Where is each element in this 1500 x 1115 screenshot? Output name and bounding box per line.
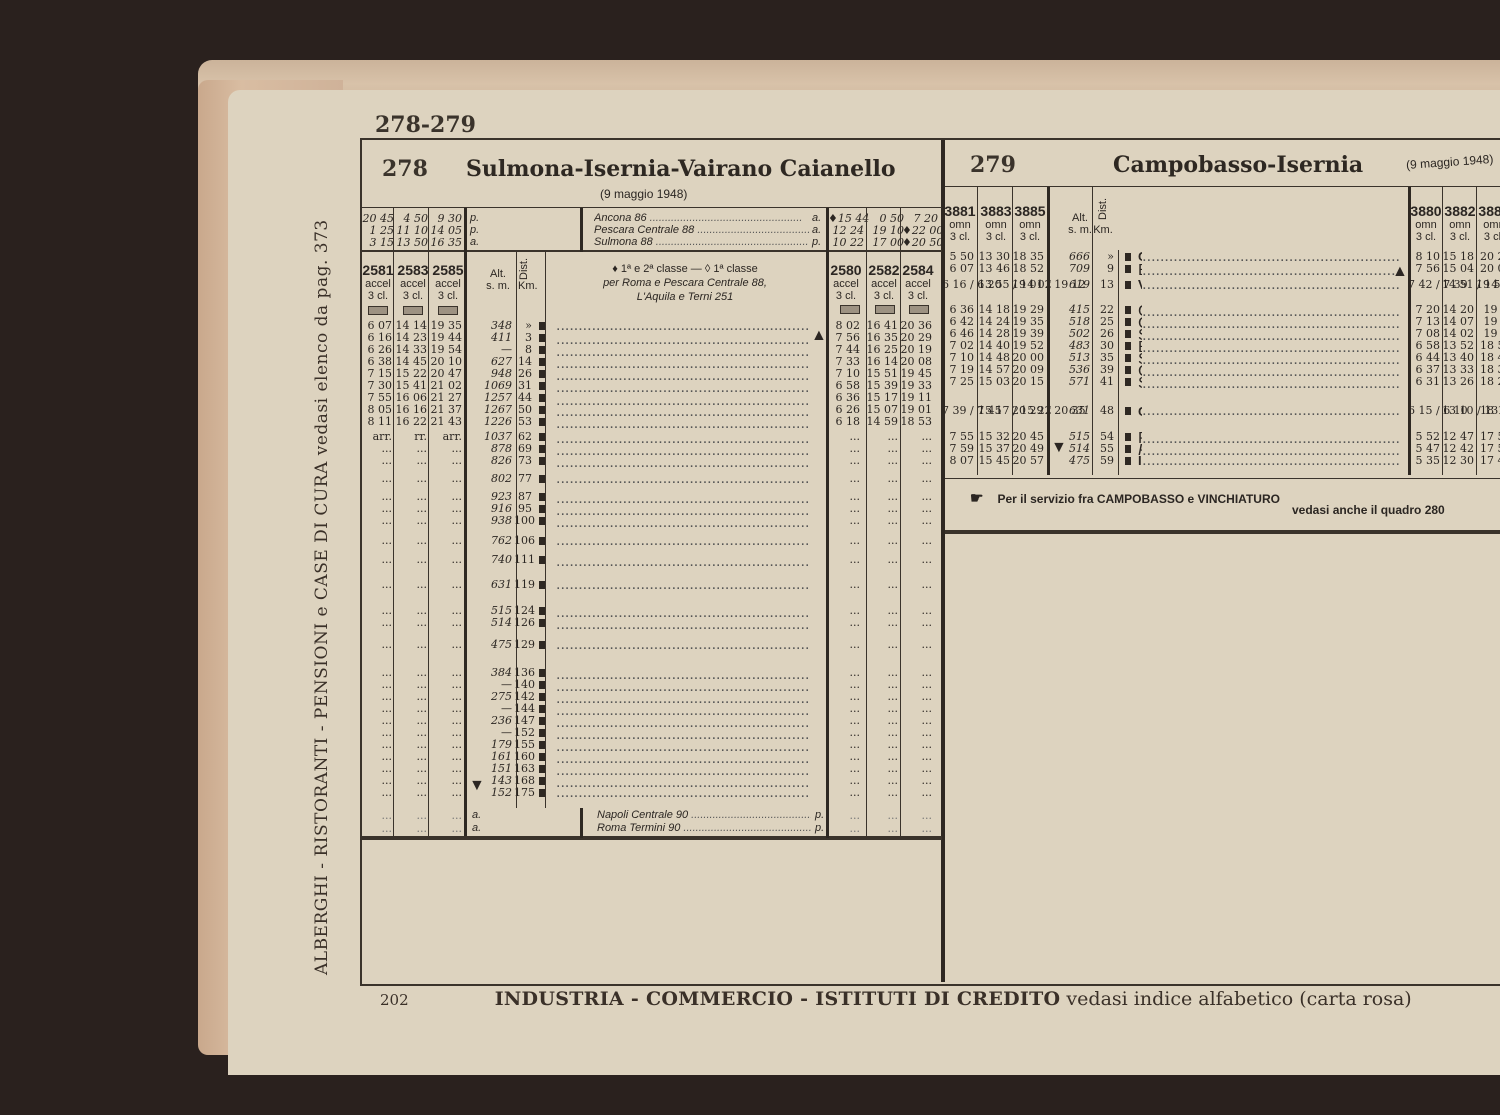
train-header-down: 3881omn3 cl.	[942, 203, 978, 243]
arrival-time: ...	[828, 454, 860, 467]
station-altitude: 740	[476, 553, 512, 566]
rule	[900, 208, 901, 838]
col-dist-sub: Km.	[1093, 224, 1113, 236]
leader-dots: ........................................…	[694, 224, 810, 236]
departure-time: 15 03	[978, 375, 1010, 388]
arr-dep-mark: a.	[472, 822, 481, 834]
leader-dots: ........................................…	[556, 514, 810, 532]
arrival-time: ...	[900, 786, 932, 799]
leader-dots: ........................................…	[556, 470, 810, 488]
departure-time: 6 16 / 6 20	[942, 278, 974, 291]
departure-time: ...	[360, 472, 392, 485]
no-service: ...	[430, 809, 462, 822]
station-altitude: 709	[1058, 262, 1090, 275]
arrival-time: ...	[900, 454, 932, 467]
arrival-time: ...	[866, 472, 898, 485]
departure-time: ...	[360, 578, 392, 591]
leader-dots: ........................................…	[1142, 452, 1400, 470]
table278-date: (9 maggio 1948)	[600, 187, 687, 201]
train-number: 3880	[1408, 203, 1444, 219]
arrival-time: 7 42 / 7 39	[1408, 278, 1440, 291]
no-service: ...	[828, 822, 860, 835]
train-number: 3883	[978, 203, 1014, 219]
departure-time: ...	[430, 514, 462, 527]
pointing-hand-icon: ☛	[970, 490, 983, 507]
connection-name: Sulmona 88	[594, 236, 653, 248]
leader-dots: ........................................…	[556, 532, 810, 550]
table279-title: Campobasso-Isernia	[1113, 152, 1363, 178]
leader-dots: ........................................…	[556, 616, 810, 634]
arrival-time: ...	[828, 514, 860, 527]
footer-advert-caps: INDUSTRIA - COMMERCIO - ISTITUTI DI CRED…	[495, 988, 1061, 1010]
rule	[545, 252, 546, 808]
train-class: 3 cl.	[978, 231, 1014, 243]
rule	[393, 208, 394, 838]
arrival-time: 12 30	[1442, 454, 1474, 467]
station-altitude: 802	[476, 472, 512, 485]
leader-dots: ........................................…	[1142, 276, 1400, 294]
train-facilities-icon	[875, 305, 895, 314]
station-marker-icon	[1125, 457, 1131, 465]
col-dist-header-279: Dist. Km.	[1093, 196, 1113, 236]
rule	[580, 208, 583, 252]
station-distance: 59	[1092, 454, 1114, 467]
station-distance: 41	[1092, 375, 1114, 388]
station-marker-icon	[1125, 342, 1131, 350]
train-header-down: 2581accel3 cl.	[360, 262, 396, 302]
train-number: 2585	[430, 262, 466, 278]
station-name-cell: S. Angelo in Grotte (Km. 9) ............…	[1138, 375, 1400, 393]
train-header-up: 3884omn3 cl.	[1476, 203, 1500, 243]
train-facilities-icon	[909, 305, 929, 314]
station-marker-icon	[1125, 407, 1131, 415]
departure-time: ...	[395, 553, 427, 566]
col-dist-label: Dist.	[518, 262, 536, 280]
page-range-header: 278-279	[375, 112, 476, 138]
rule	[362, 207, 942, 208]
arrival-time: ...	[828, 553, 860, 566]
arrival-time: 20 0.	[1476, 262, 1500, 275]
departure-time: 20 29 / 20 35	[1012, 404, 1044, 417]
station-name-cell: CASTEL DI SANGRO (Km. 1) ...............…	[556, 470, 810, 488]
station-marker-icon	[1125, 265, 1131, 273]
station-name-cell: ISERNIA ✕ (K. 1) p. Vairano-Caian. 278 .…	[1138, 452, 1400, 470]
train-number: 3885	[1012, 203, 1048, 219]
departure-time: 18 52	[1012, 262, 1044, 275]
station-altitude: 619	[1058, 278, 1090, 291]
rule	[1092, 187, 1093, 475]
departure-time: ...	[430, 472, 462, 485]
arrival-time: ...	[828, 578, 860, 591]
arrival-time: ...	[866, 514, 898, 527]
departure-time: 13 46	[978, 262, 1010, 275]
train-header-up: 2580accel3 cl.	[828, 262, 864, 302]
no-service: ...	[360, 809, 392, 822]
rule	[428, 208, 429, 838]
arrival-time: 15 04	[1442, 262, 1474, 275]
arrival-time: ...	[828, 638, 860, 651]
train-class: 3 cl.	[430, 290, 466, 302]
leader-dots: ........................................…	[1142, 402, 1400, 420]
arr-dep-mark: a.	[812, 212, 821, 224]
train-class: 3 cl.	[1408, 231, 1444, 243]
departure-time: ...	[430, 578, 462, 591]
train-type: accel	[395, 278, 431, 290]
arrival-time: ...	[900, 578, 932, 591]
table278-bottom-rule	[362, 836, 942, 840]
station-altitude: 571	[1058, 375, 1090, 388]
no-service: ...	[360, 822, 392, 835]
page-footer: 202 INDUSTRIA - COMMERCIO - ISTITUTI DI …	[380, 988, 1412, 1010]
connection-station: Ancona 86 ..............................…	[594, 212, 810, 224]
table279-bottom-rule	[945, 530, 1500, 534]
rule	[1442, 187, 1443, 475]
table278-number: 278	[382, 156, 428, 182]
arrival-time: ...	[828, 616, 860, 629]
no-service: ...	[866, 809, 898, 822]
arrival-time: ...	[828, 472, 860, 485]
station-distance: 13	[1092, 278, 1114, 291]
arr-dep-mark: a.	[472, 809, 481, 821]
rule	[1408, 187, 1411, 475]
departure-time: 8 07	[942, 454, 974, 467]
connection-time: 16 35	[430, 236, 462, 249]
arr-dep-mark: a.	[812, 224, 821, 236]
train-type: omn	[1476, 219, 1500, 231]
connection-time: 3 15	[362, 236, 394, 249]
arr-dep-mark: p.	[812, 236, 821, 248]
departure-time: 7 39 / 7 45	[942, 404, 974, 417]
connection-time: 13 50	[396, 236, 428, 249]
station-marker-icon	[1125, 354, 1131, 362]
departure-time: ...	[395, 616, 427, 629]
connection-name: Ancona 86	[594, 212, 647, 224]
arrival-time: 18 53	[900, 415, 932, 428]
departure-time: ...	[360, 454, 392, 467]
station-name-cell: ISÈRNIA ✕ (Km. 1) per Campobasso 279 ...…	[556, 636, 810, 654]
arrival-time: ...	[900, 514, 932, 527]
legend-class: ♦ 1ª e 2ª classe — ◊ 1ª classe	[560, 262, 810, 276]
no-service: ...	[900, 822, 932, 835]
station-marker-icon	[1125, 433, 1131, 441]
arrival-time: 6 18	[828, 415, 860, 428]
arrival-time: ...	[866, 454, 898, 467]
station-marker-icon	[1125, 366, 1131, 374]
departure-time: 15 17 / 15 22	[978, 404, 1010, 417]
no-service: ...	[866, 822, 898, 835]
leader-dots: ........................................…	[680, 822, 811, 834]
arrival-time: 18 1.	[1476, 404, 1500, 417]
arrival-time: ...	[900, 638, 932, 651]
arrival-time: 13 10 / 13 05	[1442, 404, 1474, 417]
leader-dots: ........................................…	[556, 636, 810, 654]
train-class: 3 cl.	[866, 290, 902, 302]
rule	[826, 208, 829, 838]
train-type: accel	[900, 278, 936, 290]
arrival-time: 17 4.	[1476, 454, 1500, 467]
departure-time: ...	[395, 534, 427, 547]
train-facilities-icon	[368, 306, 388, 315]
no-service: ...	[430, 822, 462, 835]
arrival-time: ...	[900, 616, 932, 629]
page-number: 202	[380, 991, 409, 1009]
rule	[945, 186, 1500, 187]
rule	[1118, 250, 1119, 475]
departure-time: ...	[395, 786, 427, 799]
arr-dep-mark: a.	[470, 236, 479, 248]
departure-time: ...	[360, 514, 392, 527]
departure-time: 20 15	[1012, 375, 1044, 388]
no-service: ...	[395, 809, 427, 822]
rule	[580, 808, 583, 838]
train-header-down: 2585accel3 cl.	[430, 262, 466, 302]
arrival-time: 13 26	[1442, 375, 1474, 388]
station-distance: 48	[1092, 404, 1114, 417]
station-distance: 9	[1092, 262, 1114, 275]
train-class: 3 cl.	[1442, 231, 1478, 243]
leader-dots: ........................................…	[647, 212, 803, 224]
arrival-time: ...	[866, 638, 898, 651]
connection-time: 10 22	[828, 236, 864, 249]
station-marker-icon	[1125, 306, 1131, 314]
station-altitude: 762	[476, 534, 512, 547]
col-dist-label: Dist.	[1089, 200, 1117, 220]
train-class: 3 cl.	[1476, 231, 1500, 243]
departure-time: 6 07	[942, 262, 974, 275]
station-name-cell: VINCHIATURO ✕ (Km. 1) per Benevento 280 …	[1138, 276, 1400, 294]
departure-time: ...	[395, 472, 427, 485]
station-marker-icon	[1125, 318, 1131, 326]
train-number: 2584	[900, 262, 936, 278]
side-advertisement: ALBERGHI - RISTORANTI - PENSIONI e CASE …	[312, 219, 332, 975]
station-marker-icon	[1125, 281, 1131, 289]
train-facilities-icon	[840, 305, 860, 314]
station-altitude: 514	[476, 616, 512, 629]
train-number: 2583	[395, 262, 431, 278]
train-type: accel	[360, 278, 396, 290]
train-header-up: 2582accel3 cl.	[866, 262, 902, 302]
train-number: 3882	[1442, 203, 1478, 219]
station-altitude: 1226	[476, 415, 512, 428]
down-arrow-icon: ▼	[469, 778, 485, 794]
rule	[1047, 187, 1050, 475]
train-number: 2581	[360, 262, 396, 278]
table279-note: ☛Per il servizio fra CAMPOBASSO e VINCHI…	[970, 489, 1280, 507]
connection-station: Pescara Centrale 88 ....................…	[594, 224, 810, 236]
leader-dots: ........................................…	[1142, 375, 1400, 393]
departure-time: ...	[360, 616, 392, 629]
train-type: accel	[430, 278, 466, 290]
table279-note-2: vedasi anche il quadro 280	[1292, 503, 1445, 517]
col-alt-header: Alt. s. m.	[480, 268, 516, 292]
station-altitude: 631	[476, 578, 512, 591]
departure-time: 16 22	[395, 415, 427, 428]
table279-number: 279	[970, 152, 1016, 178]
departure-time: ...	[430, 638, 462, 651]
station-marker-icon	[1125, 378, 1131, 386]
col-dist-sub: Km.	[518, 280, 536, 292]
station-name-cell: VAIRANO (K. 4)-CAIANELLO ✕ (K. 8) ......…	[556, 784, 810, 802]
up-arrow-icon: ▲	[811, 328, 827, 344]
station-name-cell: CARPINONE ♀ per Campobasso 279 .........…	[556, 576, 810, 594]
departure-time: ...	[360, 553, 392, 566]
rule	[464, 208, 467, 836]
station-marker-icon	[1125, 330, 1131, 338]
arr-dep-mark: p.	[815, 809, 824, 821]
arrival-time: ...	[828, 786, 860, 799]
legend-routes: per Roma e Pescara Centrale 88,	[560, 276, 810, 290]
col-alt-label: Alt.	[480, 268, 516, 280]
station-name-cell: CARPINONE ♀ per Sulmona 278 ............…	[1138, 402, 1400, 420]
arrival-time: ...	[900, 472, 932, 485]
train-type: omn	[978, 219, 1014, 231]
station-altitude: 475	[476, 638, 512, 651]
station-altitude: 826	[476, 454, 512, 467]
departure-time: 19 01 / 19 12	[1012, 278, 1044, 291]
station-name-cell: PESCOLANCIANO-CHIÀUCI ..................…	[556, 532, 810, 550]
train-number: 3884	[1476, 203, 1500, 219]
leader-dots: ........................................…	[556, 784, 810, 802]
train-type: omn	[1408, 219, 1444, 231]
train-header-down: 3883omn3 cl.	[978, 203, 1014, 243]
arr-dep-mark: p.	[815, 822, 824, 834]
rule	[362, 250, 942, 252]
no-service: ...	[395, 822, 427, 835]
departure-time: ...	[360, 638, 392, 651]
train-number: 2580	[828, 262, 864, 278]
arrival-time: ...	[900, 553, 932, 566]
rule	[1012, 187, 1013, 475]
connection-name: Napoli Centrale 90	[597, 809, 688, 821]
leader-dots: ........................................…	[688, 809, 811, 821]
departure-time: ...	[430, 534, 462, 547]
departure-time: 20 57	[1012, 454, 1044, 467]
arr-dep-mark: p.	[470, 224, 479, 236]
arrival-time: 6 31	[1408, 375, 1440, 388]
train-class: 3 cl.	[900, 290, 936, 302]
connection-station: Roma Termini 90 ........................…	[597, 822, 811, 834]
station-marker-icon	[1125, 253, 1131, 261]
arrival-time: 6 15 / 6 10	[1408, 404, 1440, 417]
connection-name: Pescara Centrale 88	[594, 224, 694, 236]
connection-station: Sulmona 88 .............................…	[594, 236, 810, 248]
no-service: ...	[828, 809, 860, 822]
arrival-time: 7 56	[1408, 262, 1440, 275]
train-type: omn	[942, 219, 978, 231]
station-name-cell: Pesche (Km. 6) .........................…	[556, 616, 810, 634]
legend-routes-2: L'Aquila e Terni 251	[560, 290, 810, 304]
rule	[516, 252, 517, 808]
train-type: omn	[1442, 219, 1478, 231]
train-facilities-icon	[438, 306, 458, 315]
table278-title: Sulmona-Isernia-Vairano Caianello	[466, 156, 896, 182]
departure-time: 15 45	[978, 454, 1010, 467]
footer-advert-rest: vedasi indice alfabetico (carta rosa)	[1060, 988, 1411, 1010]
col-alt-sub: s. m.	[480, 280, 516, 292]
departure-time: ...	[360, 534, 392, 547]
leader-dots: ........................................…	[556, 576, 810, 594]
arrival-time: ...	[866, 578, 898, 591]
train-type: accel	[828, 278, 864, 290]
departure-time: ...	[430, 786, 462, 799]
departure-time: ...	[395, 454, 427, 467]
station-altitude: 938	[476, 514, 512, 527]
table278-legend: ♦ 1ª e 2ª classe — ◊ 1ª classe per Roma …	[560, 262, 810, 304]
arrival-time: ...	[866, 786, 898, 799]
departure-time: ...	[395, 578, 427, 591]
up-arrow-icon: ▲	[1392, 264, 1408, 280]
leader-dots: ........................................…	[556, 553, 810, 571]
train-class: 3 cl.	[1012, 231, 1048, 243]
rule	[945, 478, 1500, 479]
departure-time: 13 55 / 14 02	[978, 278, 1010, 291]
train-class: 3 cl.	[360, 290, 396, 302]
rule	[977, 187, 978, 475]
train-header-down: 3885omn3 cl.	[1012, 203, 1048, 243]
departure-time: ...	[360, 786, 392, 799]
leader-dots: ........................................…	[653, 236, 809, 248]
rule	[866, 208, 867, 838]
train-type: omn	[1012, 219, 1048, 231]
connection-name: Roma Termini 90	[597, 822, 680, 834]
departure-time: 7 25	[942, 375, 974, 388]
train-class: 3 cl.	[828, 290, 864, 302]
arrival-time: ...	[828, 534, 860, 547]
arrival-time: 19 5. / 19 3.	[1476, 278, 1500, 291]
arrival-time: ...	[866, 534, 898, 547]
down-arrow-icon: ▼	[1051, 440, 1067, 456]
station-name-cell: Sessano (Km. 1)-Civitanova (Km. 9) .....…	[556, 553, 810, 571]
train-header-up: 2584accel3 cl.	[900, 262, 936, 302]
connection-station: Napoli Centrale 90 .....................…	[597, 809, 811, 821]
arrival-time: 18 2.	[1476, 375, 1500, 388]
departure-time: 21 43	[430, 415, 462, 428]
note-line-1: Per il servizio fra CAMPOBASSO e VINCHIA…	[997, 492, 1280, 506]
departure-time: 8 11	[360, 415, 392, 428]
connection-time: ♦20 50	[902, 236, 938, 249]
station-name-cell: Carovilli-Roccasicura (Km. 8) ..........…	[556, 514, 810, 532]
train-facilities-icon	[403, 306, 423, 315]
train-type: accel	[866, 278, 902, 290]
train-header-up: 3882omn3 cl.	[1442, 203, 1478, 243]
station-marker-icon	[1125, 445, 1131, 453]
rule	[1476, 187, 1477, 475]
departure-time: ...	[395, 514, 427, 527]
departure-time: ...	[430, 454, 462, 467]
train-number: 3881	[942, 203, 978, 219]
train-number: 2582	[866, 262, 902, 278]
arrival-time: ...	[866, 616, 898, 629]
departure-time: ...	[430, 616, 462, 629]
arr-dep-mark: p.	[470, 212, 479, 224]
no-service: ...	[900, 809, 932, 822]
station-altitude: 631	[1058, 404, 1090, 417]
train-header-down: 2583accel3 cl.	[395, 262, 431, 302]
train-class: 3 cl.	[942, 231, 978, 243]
arrival-time: ...	[866, 553, 898, 566]
connection-time: 17 00	[868, 236, 904, 249]
train-header-up: 3880omn3 cl.	[1408, 203, 1444, 243]
train-class: 3 cl.	[395, 290, 431, 302]
departure-time: ...	[430, 553, 462, 566]
arrival-time: 5 35	[1408, 454, 1440, 467]
col-dist-header: Dist. Km.	[518, 262, 536, 292]
arrival-time: 14 51 / 14 39	[1442, 278, 1474, 291]
departure-time: ...	[395, 638, 427, 651]
arrival-time: ...	[900, 534, 932, 547]
arrival-time: 14 59	[866, 415, 898, 428]
